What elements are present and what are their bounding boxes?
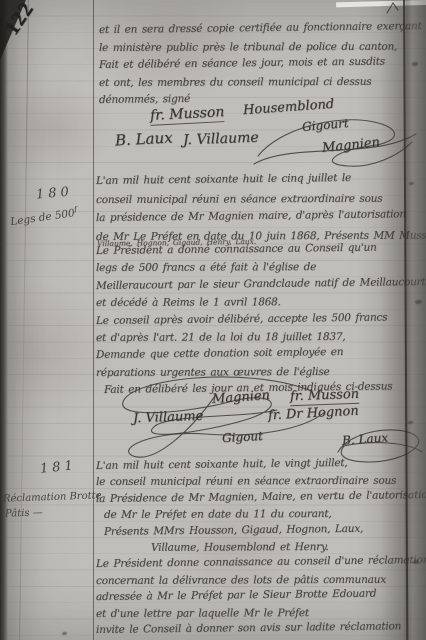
- manuscript-line: Présents MMrs Housson, Gigaud, Hognon, L…: [96, 519, 426, 540]
- entry-181-number: 181: [39, 458, 77, 477]
- manuscript-line: Le Président donne connaissance au conse…: [96, 552, 426, 573]
- manuscript-line: Le Président a donné connaissance au Con…: [96, 239, 426, 260]
- ink-speck: [62, 632, 67, 635]
- entry-181-margin-label-2: Pâtis —: [5, 507, 43, 519]
- closing-paragraph: et il en sera dressé copie certifiée au …: [99, 22, 422, 110]
- signature-laux: B. Laux: [115, 129, 173, 150]
- entry-180-number: 180: [35, 184, 73, 202]
- signature-hognon: fr. Dr Hognon: [268, 404, 359, 424]
- entry-181-margin-label-1: Réclamation Brotte: [3, 490, 102, 504]
- entry-180-paragraph-1: L'an mil huit cent soixante huit le cinq…: [96, 172, 426, 246]
- signature-magnien: Magnien: [321, 135, 380, 156]
- legacy-label-text: Legs de 500: [10, 207, 76, 228]
- manuscript-line: Demande que cette donation soit employée…: [96, 343, 426, 364]
- manuscript-line: et il en sera dressé copie certifiée au …: [99, 18, 422, 39]
- signature-laux: B. Laux: [342, 430, 389, 447]
- entry-180-margin-label: Legs de 500f: [9, 205, 78, 228]
- page-top-edge: [336, 0, 426, 7]
- entry-180-paragraph-2: Le Président a donné connaissance au Con…: [96, 243, 426, 400]
- signature-villaume: J. Villaume: [183, 130, 259, 149]
- margin-rule-line: [93, 0, 94, 640]
- manuscript-line: invite le Conseil à donner son avis sur …: [96, 618, 426, 639]
- manuscript-line: Le conseil après avoir délibéré, accepte…: [96, 309, 426, 330]
- manuscript-line: Fait et délibéré en séance les jour, moi…: [99, 53, 422, 74]
- manuscript-line: Meilleraucourt par le sieur Grandclaude …: [96, 274, 426, 295]
- manuscript-line: L'an mil huit cent soixante huit le cinq…: [96, 168, 426, 191]
- signature-villaume: J. Villaume: [133, 409, 204, 426]
- register-page: 122 et il en sera dressé copie certifiée…: [0, 0, 426, 640]
- signature-musson: fr. Musson: [150, 104, 225, 126]
- manuscript-line: la Présidence de Mr Magnien, Maire, en v…: [96, 487, 426, 508]
- legacy-label-sup: f: [74, 205, 78, 213]
- signature-magnien: Magnien: [212, 388, 271, 407]
- manuscript-line: L'an mil huit cent soixante huit, le vin…: [96, 454, 426, 475]
- entry-181-paragraph: L'an mil huit cent soixante huit, le vin…: [96, 458, 426, 638]
- manuscript-line: adressée à Mr le Préfet par le Sieur Bro…: [96, 585, 426, 606]
- signature-gigout: Gigout: [222, 429, 264, 445]
- manuscript-line: la présidence de Mr Magnien maire, d'apr…: [96, 205, 426, 228]
- binding-edge: [0, 0, 8, 640]
- paper-fold-line: [19, 0, 29, 640]
- ink-speck: [408, 421, 413, 424]
- signature-gigourt: Gigourt: [301, 116, 349, 134]
